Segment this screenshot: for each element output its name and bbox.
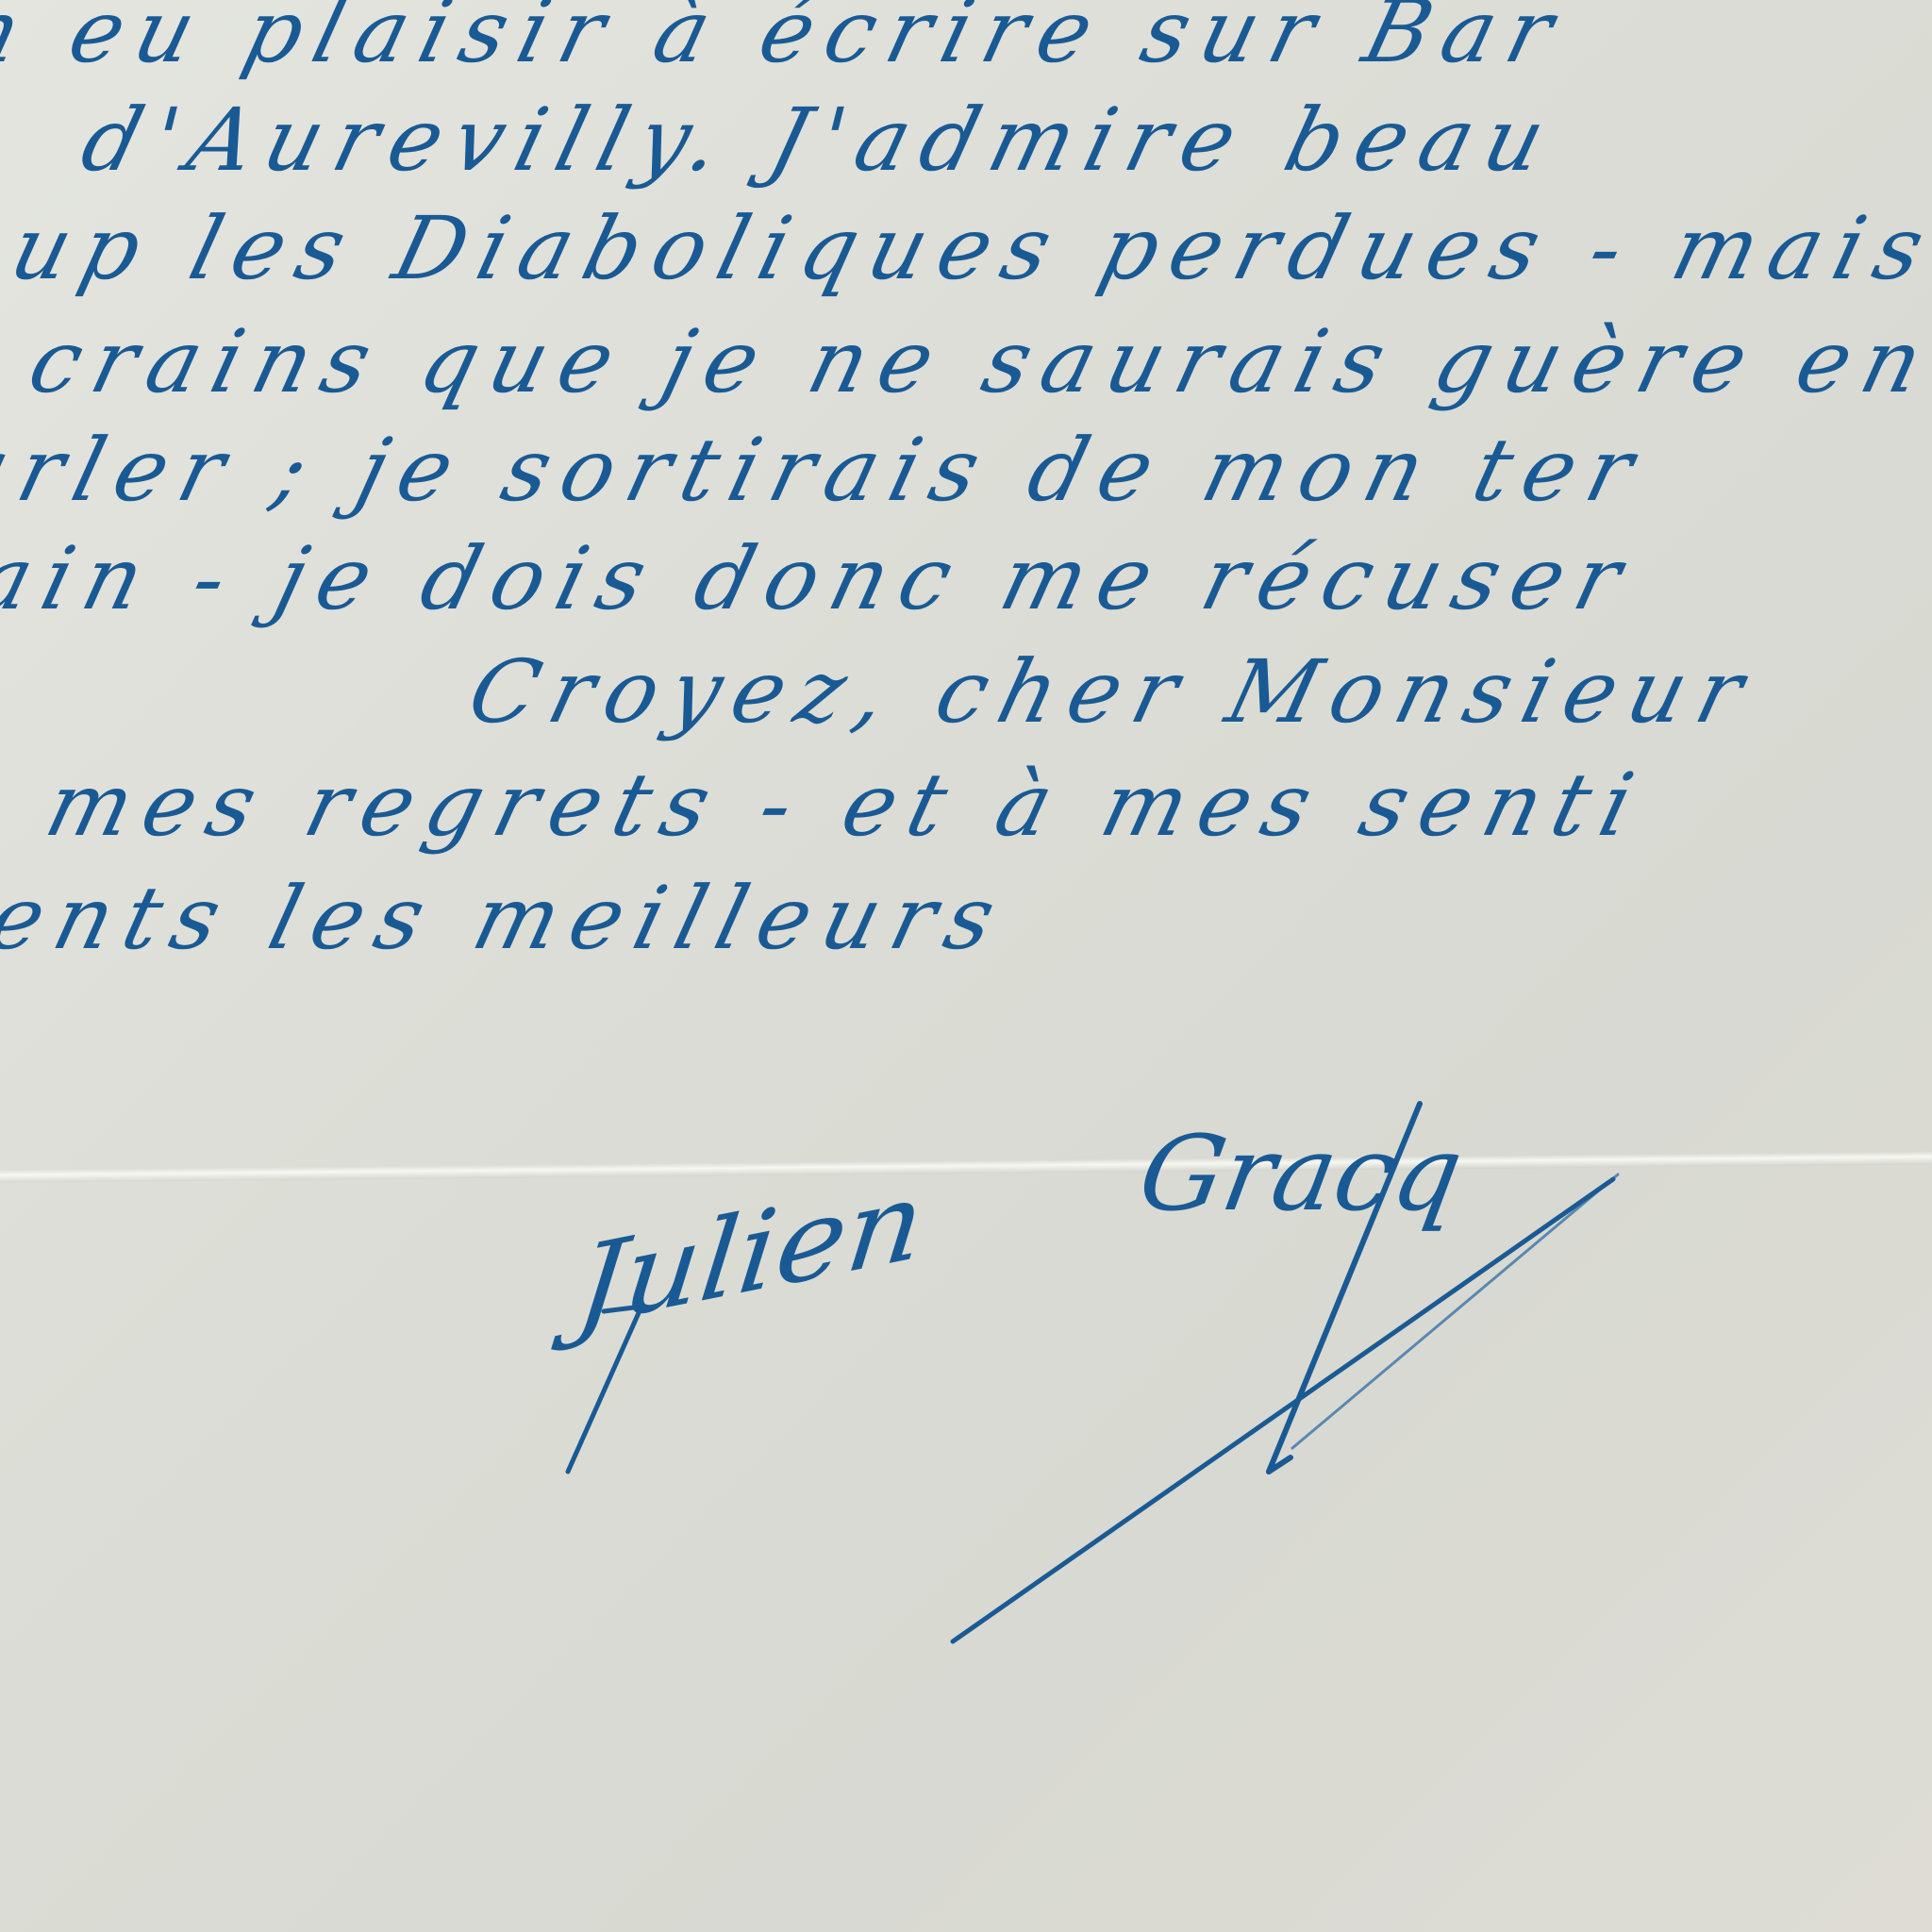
signature-flourish xyxy=(0,0,1932,1932)
letter-paper: n eu plaisir à écrire sur Bar d'Aurevill… xyxy=(0,0,1932,1932)
